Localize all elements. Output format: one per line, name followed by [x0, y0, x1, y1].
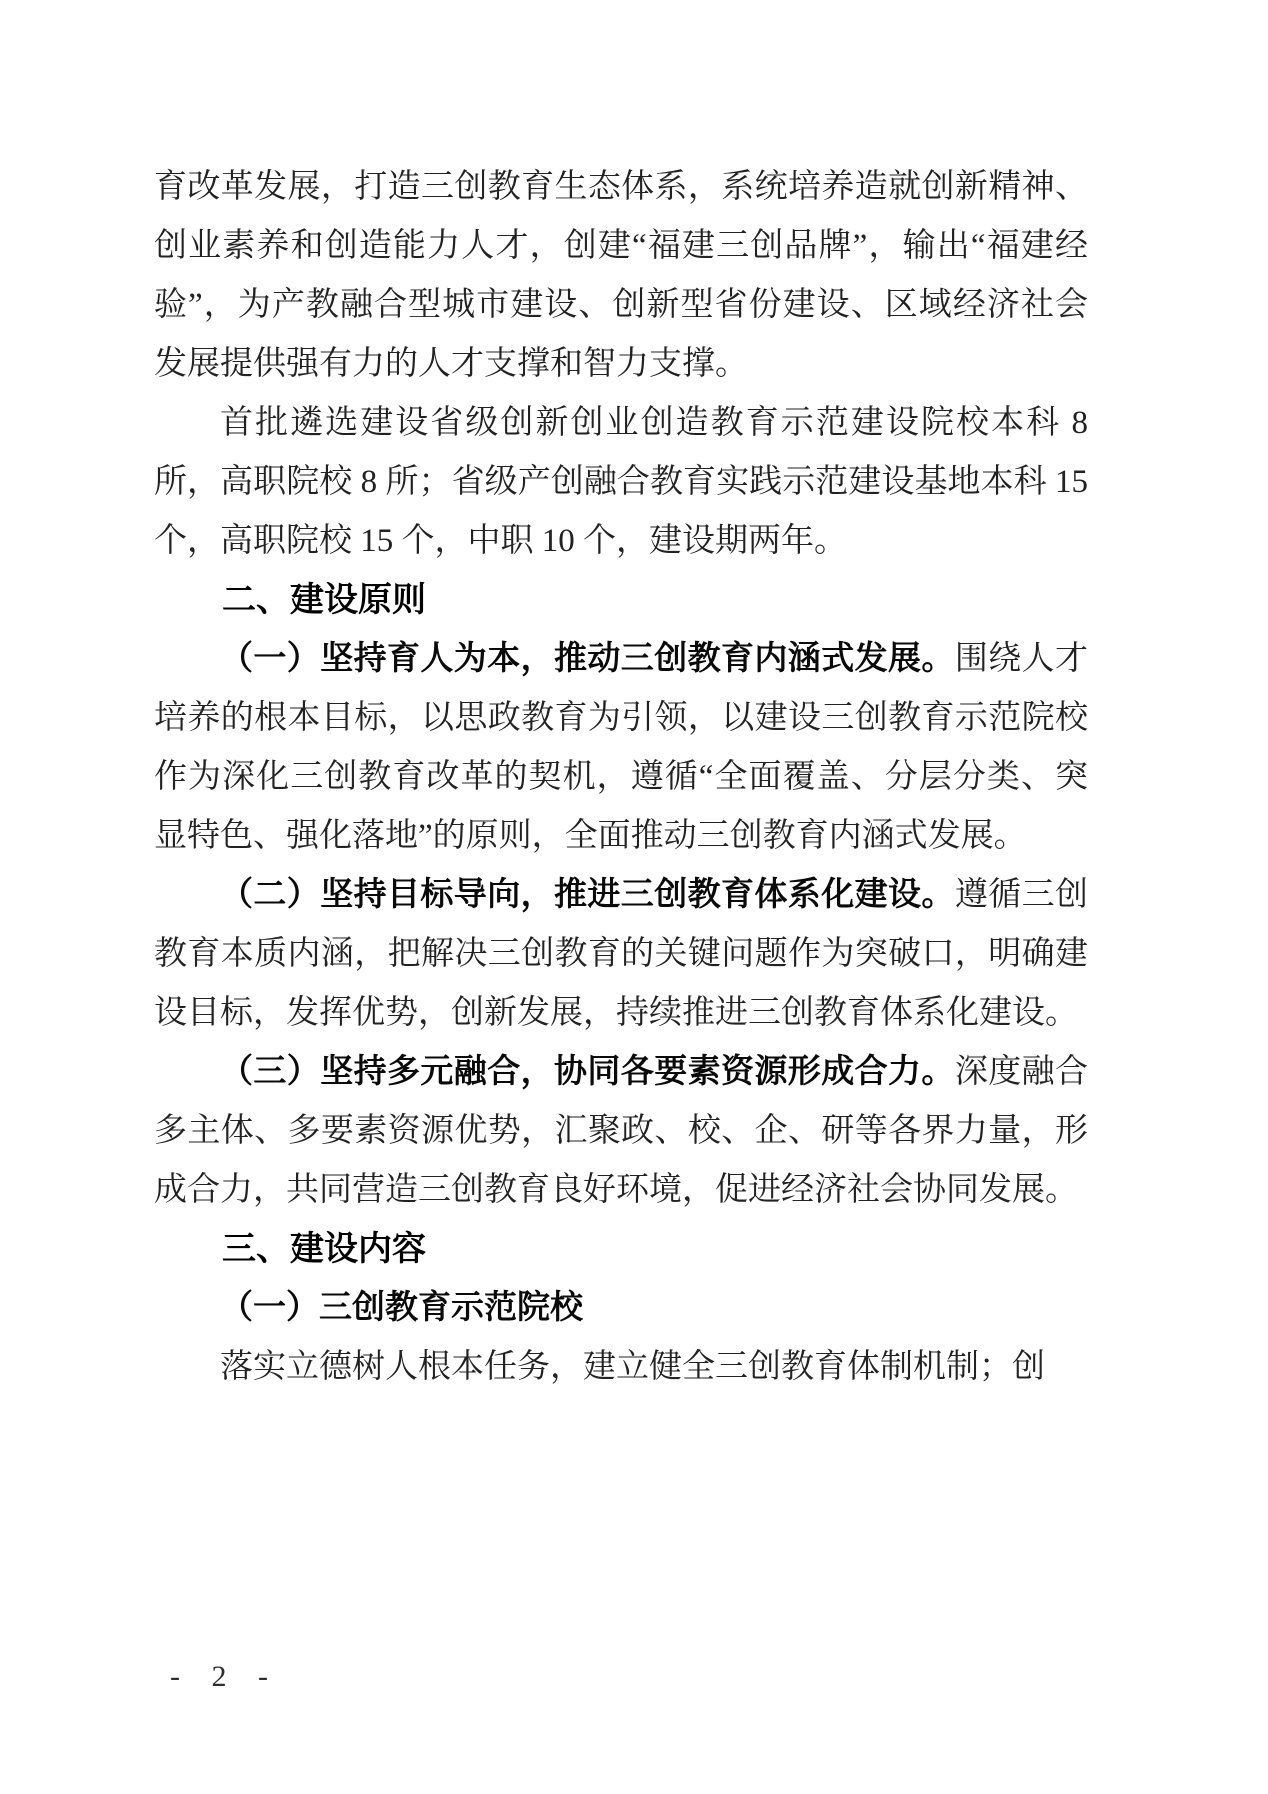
principle-item-2-lead: （二）坚持目标导向，推进三创教育体系化建设。 — [220, 877, 955, 913]
principle-item-3-lead: （三）坚持多元融合，协同各要素资源形成合力。 — [220, 1054, 955, 1090]
document-page: 育改革发展，打造三创教育生态体系，系统培养造就创新精神、创业素养和创造能力人才，… — [0, 0, 1268, 1794]
paragraph-content-opening: 落实立德树人根本任务，建立健全三创教育体制机制；创 — [154, 1338, 1088, 1397]
paragraph-first-batch: 首批遴选建设省级创新创业创造教育示范建设院校本科 8 所，高职院校 8 所；省级… — [154, 394, 1088, 571]
paragraph-continuation: 育改革发展，打造三创教育生态体系，系统培养造就创新精神、创业素养和创造能力人才，… — [154, 158, 1088, 394]
principle-item-2: （二）坚持目标导向，推进三创教育体系化建设。遵循三创教育本质内涵，把解决三创教育… — [154, 866, 1088, 1043]
section-heading-principles: 二、建设原则 — [154, 571, 1088, 630]
section-heading-content: 三、建设内容 — [154, 1220, 1088, 1279]
document-body: 育改革发展，打造三创教育生态体系，系统培养造就创新精神、创业素养和创造能力人才，… — [154, 158, 1088, 1397]
sub-heading-demonstration-schools: （一）三创教育示范院校 — [154, 1279, 1088, 1338]
principle-item-1: （一）坚持育人为本，推动三创教育内涵式发展。围绕人才培养的根本目标，以思政教育为… — [154, 630, 1088, 866]
principle-item-1-lead: （一）坚持育人为本，推动三创教育内涵式发展。 — [220, 641, 955, 677]
principle-item-3: （三）坚持多元融合，协同各要素资源形成合力。深度融合多主体、多要素资源优势，汇聚… — [154, 1043, 1088, 1220]
page-number: - 2 - — [170, 1660, 280, 1694]
